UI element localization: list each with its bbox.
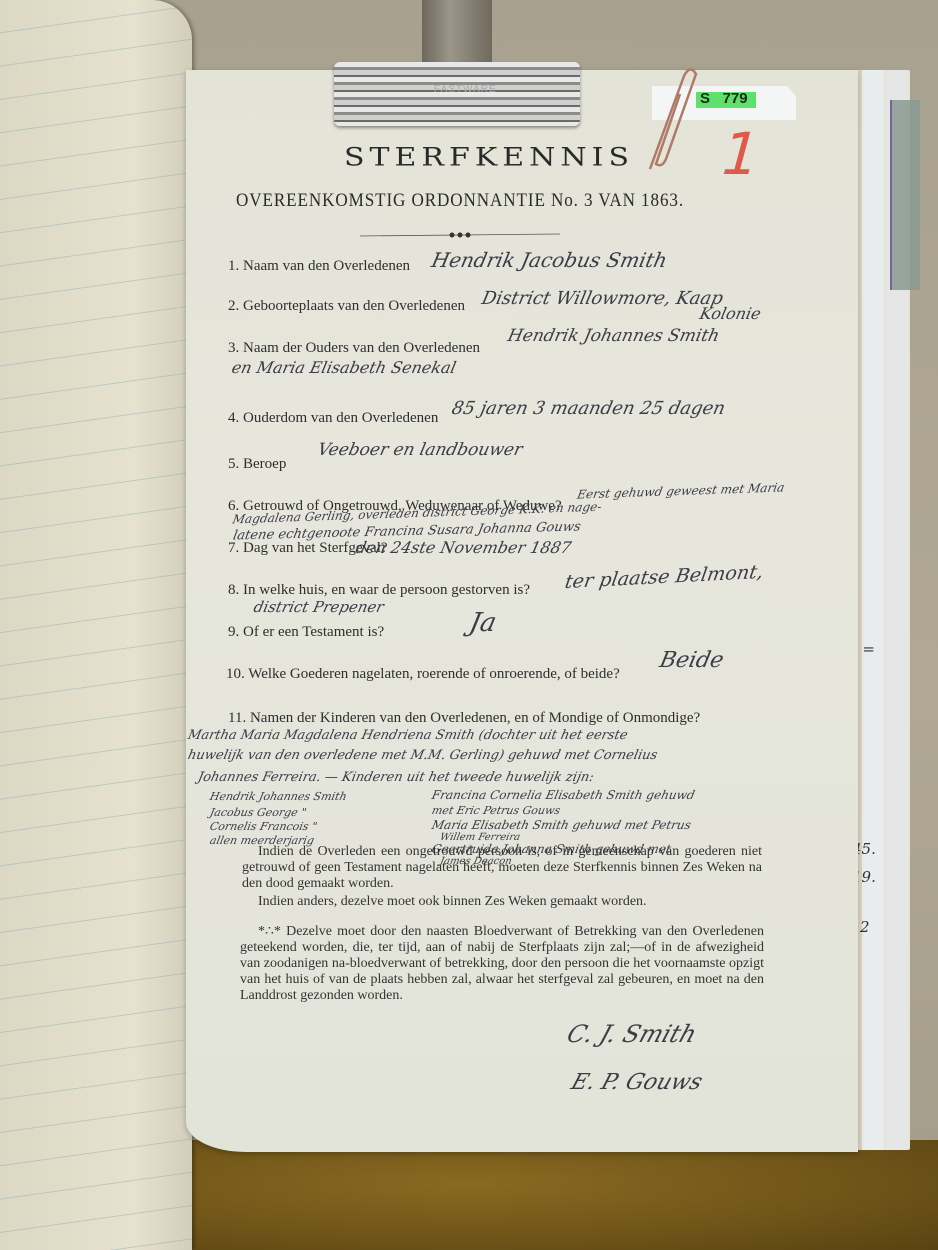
instruction-paragraph-2: Indien anders, dezelve moet ook binnen Z… bbox=[258, 894, 758, 910]
field-11-label: 11. Namen der Kinderen van den Overleden… bbox=[228, 710, 700, 727]
clip-brand: FASTWARE bbox=[434, 84, 497, 95]
revenue-stamp bbox=[890, 100, 920, 290]
bulldog-clip: FASTWARE bbox=[334, 0, 580, 128]
left-ledger-page bbox=[0, 0, 192, 1250]
children-line: Maria Elisabeth Smith gehuwd met Petrus bbox=[431, 818, 693, 832]
field-5-label: 5. Beroep bbox=[228, 456, 286, 473]
children-line: met Eric Petrus Gouws bbox=[431, 804, 562, 817]
field-10-label: 10. Welke Goederen nagelaten, roerende o… bbox=[226, 666, 620, 683]
instruction-paragraph-1: Indien de Overleden een ongetrouwd perso… bbox=[242, 844, 762, 892]
document-title: STERFKENNIS bbox=[0, 140, 938, 175]
field-8-answer-line2: district Prepener bbox=[252, 598, 385, 616]
signature-1: C. J. Smith bbox=[563, 1020, 700, 1048]
instruction-paragraph-3: *∴* Dezelve moet door den naasten Bloedv… bbox=[240, 924, 764, 1004]
children-line: Jacobus George " bbox=[209, 806, 308, 819]
field-2-label: 2. Geboorteplaats van den Overledenen bbox=[228, 298, 465, 315]
signature-2: E. P. Gouws bbox=[568, 1070, 706, 1095]
children-line: huwelijk van den overledene met M.M. Ger… bbox=[186, 748, 658, 763]
field-4-label: 4. Ouderdom van den Overledenen bbox=[228, 410, 438, 427]
field-3-answer: Hendrik Johannes Smith bbox=[506, 326, 721, 346]
field-9-label: 9. Of er een Testament is? bbox=[228, 624, 384, 641]
archive-number: S 779 bbox=[700, 90, 748, 107]
field-2-answer-line2: Kolonie bbox=[698, 304, 763, 323]
children-line: Johannes Ferreira. — Kinderen uit het tw… bbox=[196, 770, 595, 785]
children-line: Martha Maria Magdalena Hendriena Smith (… bbox=[186, 728, 629, 743]
children-line: Cornelis Francois " bbox=[209, 820, 319, 833]
margin-note: 2 bbox=[860, 918, 870, 936]
children-line: Francina Cornelia Elisabeth Smith gehuwd bbox=[431, 788, 697, 802]
field-7-answer: den 24ste November 1887 bbox=[354, 538, 573, 557]
field-4-answer: 85 jaren 3 maanden 25 dagen bbox=[450, 398, 727, 419]
field-8-label: 8. In welke huis, en waar de persoon ges… bbox=[228, 582, 530, 599]
field-1-answer: Hendrik Jacobus Smith bbox=[429, 248, 669, 272]
field-3-answer-line2: en Maria Elisabeth Senekal bbox=[230, 358, 458, 377]
field-2-answer: District Willowmore, Kaap bbox=[480, 288, 725, 309]
children-line: Hendrik Johannes Smith bbox=[209, 790, 348, 803]
ornament-divider bbox=[360, 231, 560, 239]
document-subtitle: OVEREENKOMSTIG ORDONNANTIE No. 3 VAN 186… bbox=[236, 190, 684, 212]
field-3-label: 3. Naam der Ouders van den Overledenen bbox=[228, 340, 480, 357]
field-10-answer: Beide bbox=[657, 648, 726, 673]
field-5-answer: Veeboer en landbouwer bbox=[316, 440, 524, 460]
field-1-label: 1. Naam van den Overledenen bbox=[228, 258, 410, 275]
